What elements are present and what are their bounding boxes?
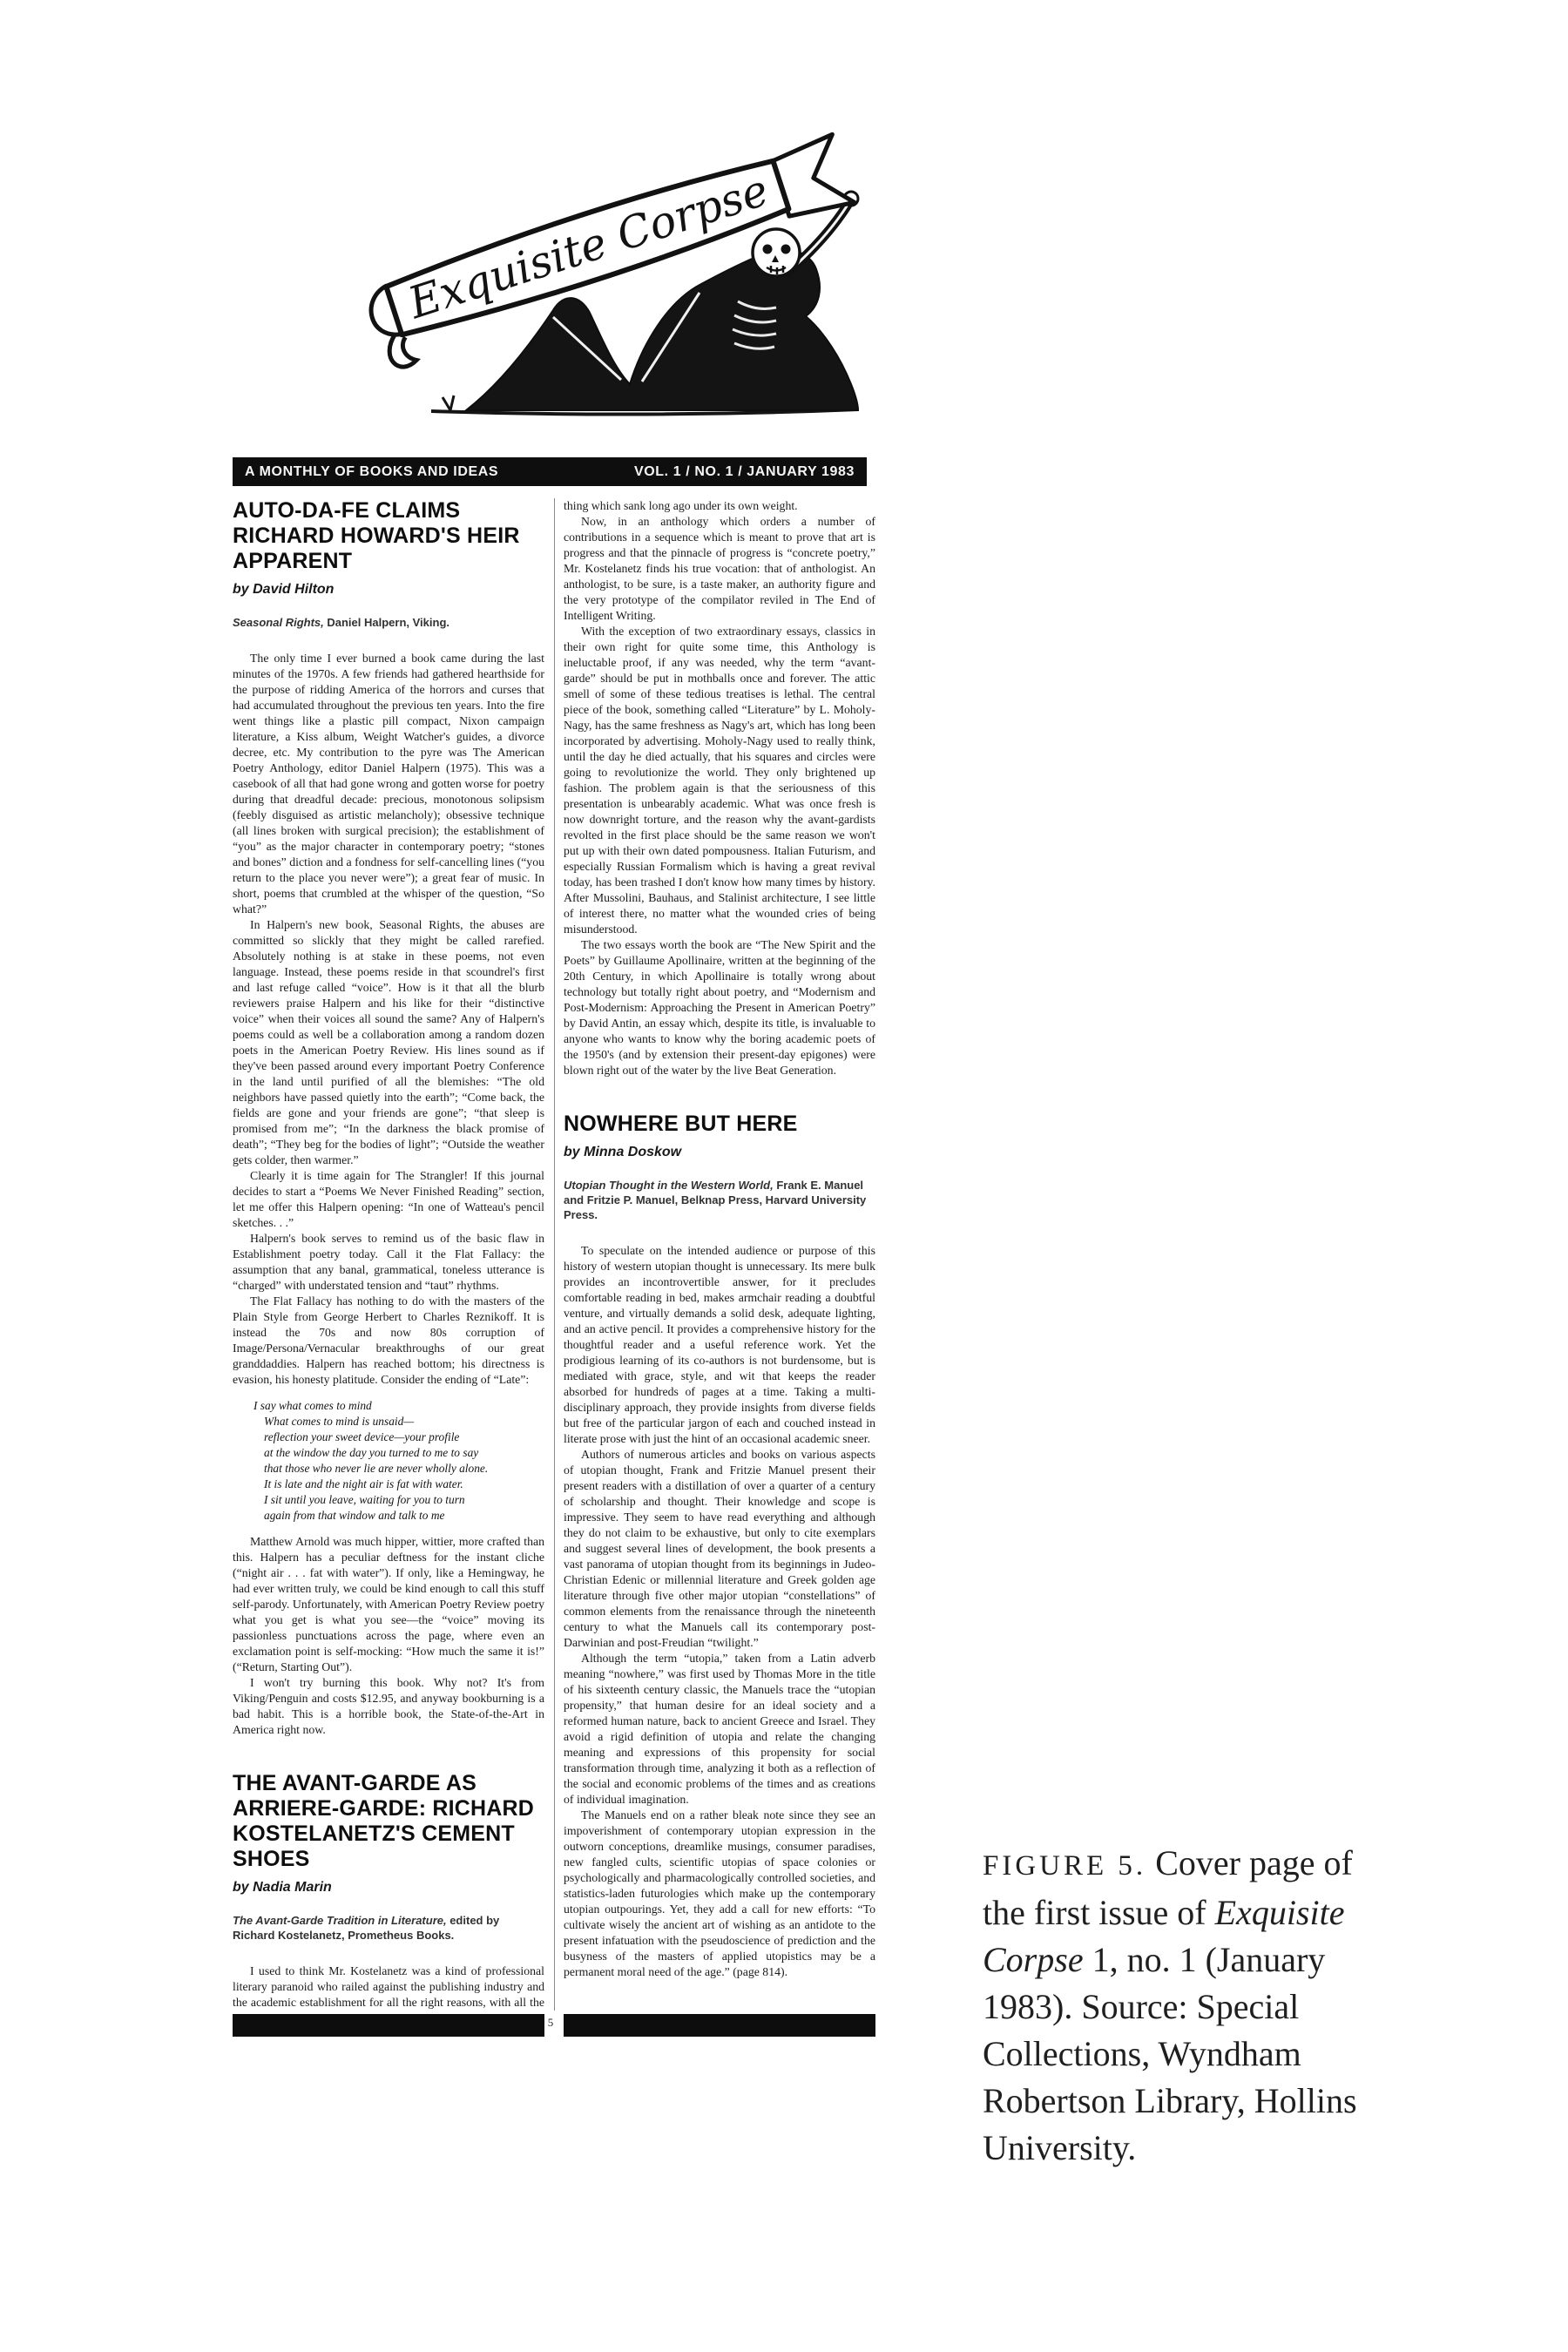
paragraph-continuation: thing which sank long ago under its own … (564, 498, 875, 514)
issue-header-bar: A MONTHLY OF BOOKS AND IDEAS VOL. 1 / NO… (233, 457, 867, 486)
paragraph: Clearly it is time again for The Strangl… (233, 1168, 544, 1231)
article-title-autodafe: AUTO-DA-FE CLAIMS RICHARD HOWARD'S HEIR … (233, 498, 544, 574)
paragraph: I won't try burning this book. Why not? … (233, 1675, 544, 1738)
masthead-illustration: Exquisite Corpse (331, 122, 871, 444)
poem-line: I say what comes to mind (253, 1398, 544, 1414)
paragraph: In Halpern's new book, Seasonal Rights, … (233, 917, 544, 1168)
citation-book-title: The Avant-Garde Tradition in Literature, (233, 1914, 447, 1927)
paragraph: The Manuels end on a rather bleak note s… (564, 1808, 875, 1980)
paragraph: The two essays worth the book are “The N… (564, 937, 875, 1078)
poem-line: at the window the day you turned to me t… (264, 1445, 544, 1461)
article-title-avantgarde: THE AVANT-GARDE AS ARRIERE-GARDE: RICHAR… (233, 1771, 544, 1872)
byline-nowhere: by Minna Doskow (564, 1145, 875, 1160)
right-column: thing which sank long ago under its own … (564, 498, 875, 2011)
poem-line: again from that window and talk to me (264, 1508, 544, 1524)
citation-book-title: Seasonal Rights, (233, 616, 324, 629)
paragraph: Although the term “utopia,” taken from a… (564, 1651, 875, 1808)
figure-label: FIGURE 5. (983, 1850, 1146, 1882)
tagline: A MONTHLY OF BOOKS AND IDEAS (245, 464, 498, 480)
paragraph: Now, in an anthology which orders a numb… (564, 514, 875, 624)
poem-line: It is late and the night air is fat with… (264, 1477, 544, 1492)
left-column: AUTO-DA-FE CLAIMS RICHARD HOWARD'S HEIR … (233, 498, 544, 2011)
paragraph: Halpern's book serves to remind us of th… (233, 1231, 544, 1294)
poem-line: that those who never lie are never wholl… (264, 1461, 544, 1477)
poem-line: reflection your sweet device—your profil… (264, 1429, 544, 1445)
column-divider (554, 498, 555, 2011)
citation-publisher: Daniel Halpern, Viking. (324, 616, 449, 629)
citation-nowhere: Utopian Thought in the Western World, Fr… (564, 1178, 875, 1222)
paragraph: I used to think Mr. Kostelanetz was a ki… (233, 1963, 544, 2011)
paragraph: The only time I ever burned a book came … (233, 651, 544, 917)
scanned-magazine-cover: Exquisite Corpse A MONTHLY OF BOOKS AND … (218, 105, 880, 2160)
book-page: { "masthead": { "title": "Exquisite Corp… (0, 0, 1568, 2352)
citation-autodafe: Seasonal Rights, Daniel Halpern, Viking. (233, 615, 544, 630)
article-title-nowhere: NOWHERE BUT HERE (564, 1112, 875, 1137)
volume-date: VOL. 1 / NO. 1 / JANUARY 1983 (634, 464, 855, 480)
page-number: 5 (541, 2016, 560, 2030)
poem-line: What comes to mind is unsaid— (264, 1414, 544, 1429)
byline-autodafe: by David Hilton (233, 582, 544, 598)
paragraph: Authors of numerous articles and books o… (564, 1447, 875, 1651)
figure-caption: FIGURE 5. Cover page of the first issue … (983, 1840, 1376, 2172)
paragraph: Matthew Arnold was much hipper, wittier,… (233, 1534, 544, 1675)
paragraph: The Flat Fallacy has nothing to do with … (233, 1294, 544, 1388)
column-end-bar (233, 2014, 544, 2037)
citation-book-title: Utopian Thought in the Western World, (564, 1179, 774, 1192)
column-end-bar (564, 2014, 875, 2037)
paragraph: With the exception of two extraordinary … (564, 624, 875, 937)
quoted-poem: I say what comes to mind What comes to m… (253, 1398, 544, 1524)
poem-line: I sit until you leave, waiting for you t… (264, 1492, 544, 1508)
citation-avantgarde: The Avant-Garde Tradition in Literature,… (233, 1913, 544, 1943)
byline-avantgarde: by Nadia Marin (233, 1880, 544, 1896)
paragraph: To speculate on the intended audience or… (564, 1243, 875, 1447)
